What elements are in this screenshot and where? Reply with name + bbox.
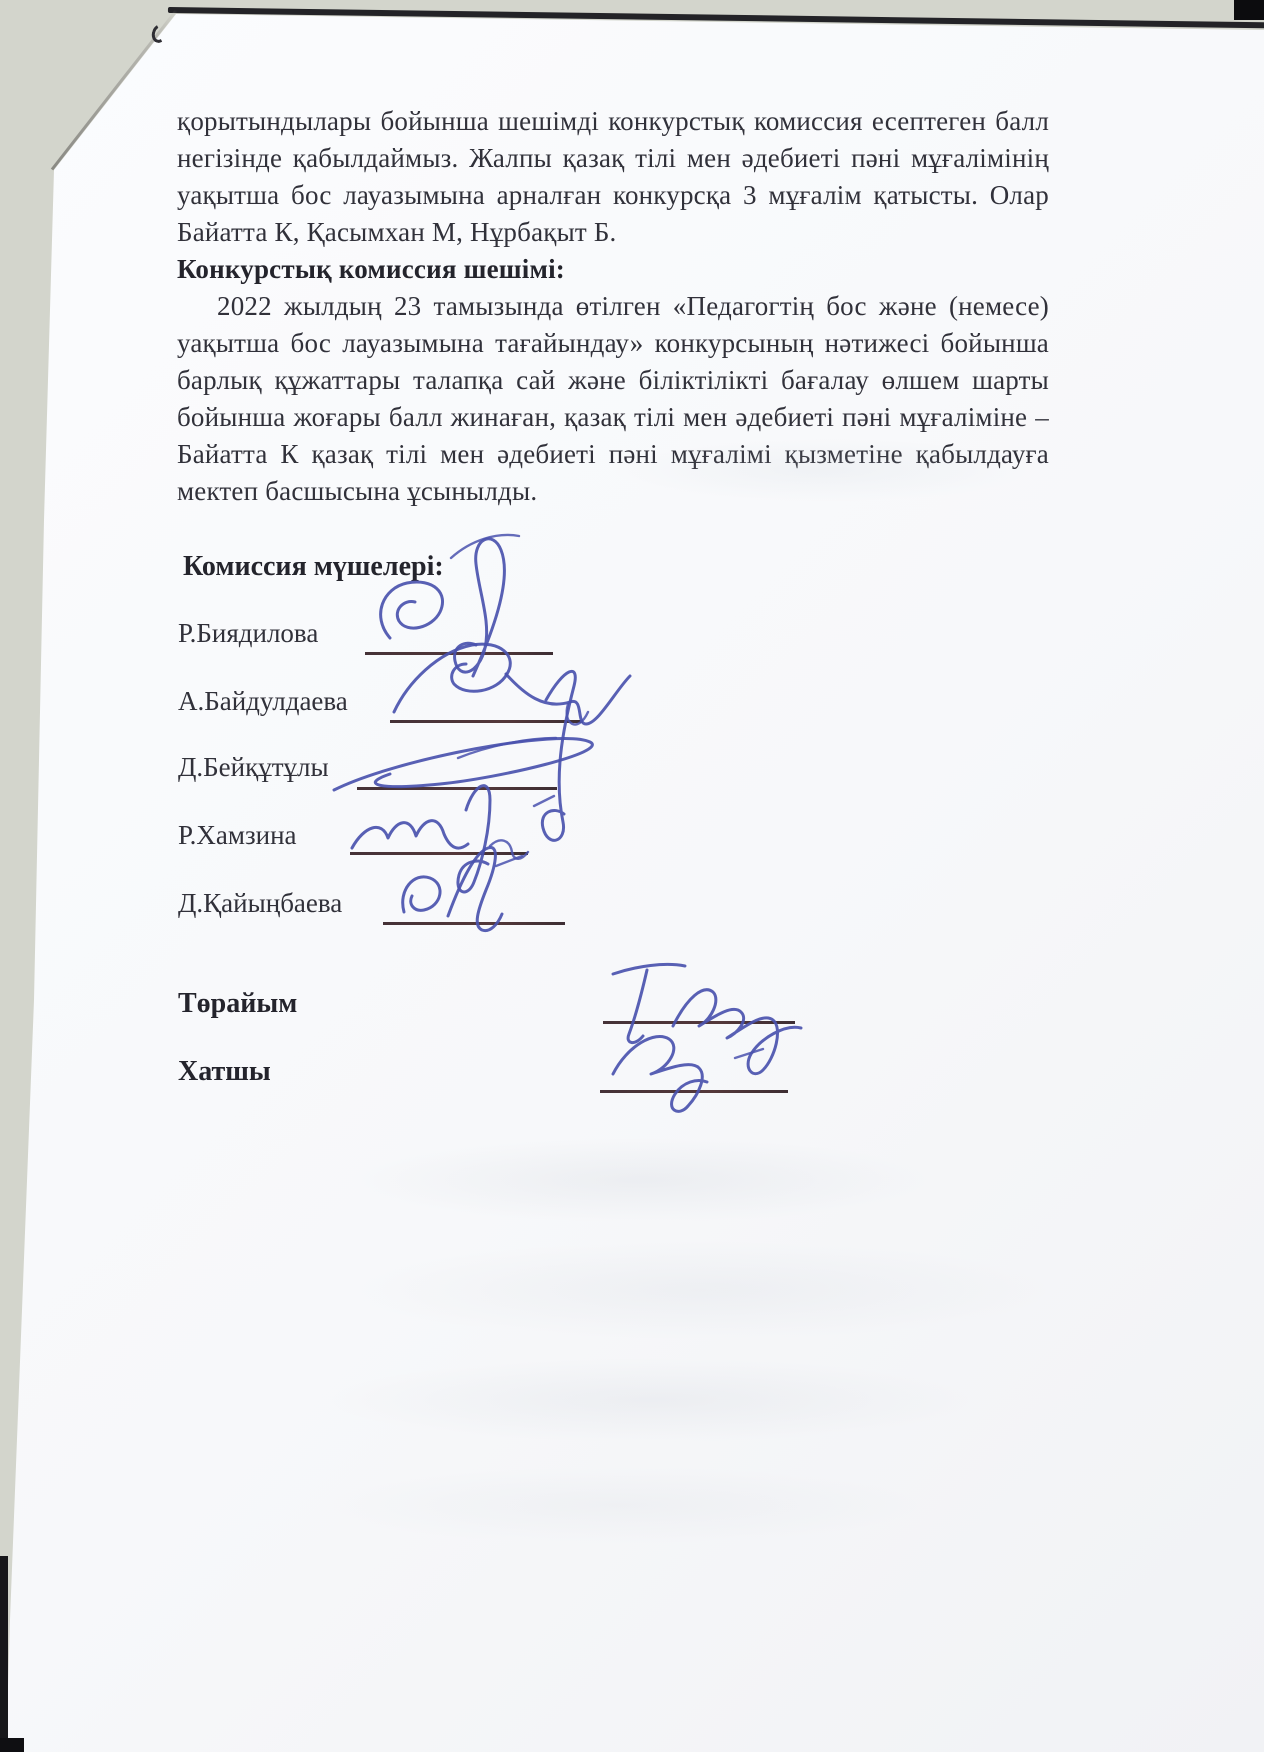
- scan-left-edge-strip: [0, 1556, 8, 1752]
- scan-corner-block: [1234, 0, 1264, 20]
- decision-heading: Конкурстық комиссия шешімі:: [177, 251, 1049, 288]
- continuation-paragraph: қорытындылары бойынша шешімді конкурстық…: [177, 103, 1049, 251]
- scanned-page: қорытындылары бойынша шешімді конкурстық…: [0, 0, 1264, 1752]
- official-role-secretary: Хатшы: [178, 1056, 271, 1088]
- document-body: қорытындылары бойынша шешімді конкурстық…: [177, 103, 1049, 510]
- signature-line-4: [350, 852, 528, 855]
- signature-line-chair: [603, 1021, 795, 1024]
- signature-line-2: [390, 720, 583, 723]
- member-name-1: Р.Биядилова: [178, 618, 318, 649]
- signature-line-1: [365, 652, 553, 655]
- decision-paragraph: 2022 жылдың 23 тамызында өтілген «Педаго…: [177, 288, 1049, 510]
- signature-line-3: [357, 787, 557, 790]
- signature-line-5: [383, 922, 565, 925]
- member-name-2: А.Байдулдаева: [178, 686, 348, 717]
- signature-line-secretary: [600, 1090, 788, 1093]
- member-name-4: Р.Хамзина: [178, 820, 297, 851]
- member-name-3: Д.Бейқұтұлы: [178, 752, 329, 783]
- member-name-5: Д.Қайыңбаева: [178, 888, 342, 919]
- members-heading: Комиссия мүшелері:: [183, 551, 444, 583]
- scan-bottom-left-mark: [0, 1738, 24, 1752]
- official-role-chair: Төрайым: [178, 988, 297, 1020]
